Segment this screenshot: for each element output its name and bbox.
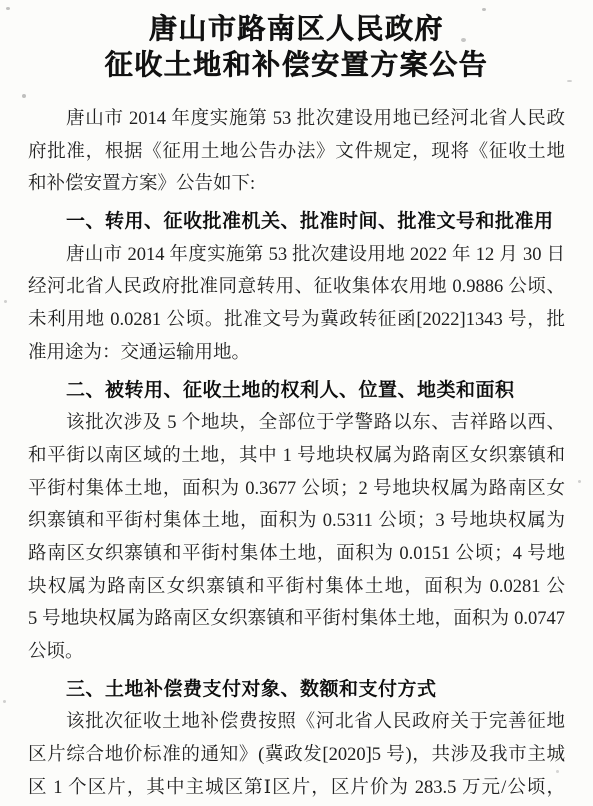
document-line: 唐山市 2014 年度实施第 53 批次建设用地 2022 年 12 月 30 …	[28, 239, 565, 272]
document-title-line-2: 征收土地和补偿安置方案公告	[28, 48, 565, 84]
document-line: 区片综合地价标准的通知》(冀政发[2020]5 号)，共涉及我市主城	[28, 739, 565, 772]
scan-speck	[578, 480, 581, 483]
document-line: 平街村集体土地，面积为 0.3677 公顷；2 号地块权属为路南区女	[28, 473, 565, 506]
scan-speck	[3, 700, 6, 703]
document-line: 区 1 个区片，其中主城区第Ⅰ区片，区片价为 283.5 万元/公顷，	[28, 772, 565, 805]
scanned-document-page: 唐山市路南区人民政府 征收土地和补偿安置方案公告 唐山市 2014 年度实施第 …	[0, 0, 593, 806]
scan-speck	[22, 94, 26, 98]
document-line: 织寨镇和平街村集体土地，面积为 0.5311 公顷；3 号地块权属为	[28, 505, 565, 538]
section-heading-3: 三、土地补偿费支付对象、数额和支付方式	[28, 674, 565, 707]
document-title: 唐山市路南区人民政府 征收土地和补偿安置方案公告	[28, 12, 565, 84]
scan-speck	[567, 80, 572, 82]
document-line: 和平街以南区域的土地，其中 1 号地块权属为路南区女织寨镇和	[28, 440, 565, 473]
document-line: 和补偿安置方案》公告如下:	[28, 168, 565, 201]
document-line: 经河北省人民政府批准同意转用、征收集体农用地 0.9886 公顷、	[28, 271, 565, 304]
document-line: 唐山市 2014 年度实施第 53 批次建设用地已经河北省人民政	[28, 103, 565, 136]
document-line: 该批次征收土地补偿费按照《河北省人民政府关于完善征地	[28, 706, 565, 739]
document-title-line-1: 唐山市路南区人民政府	[28, 12, 565, 48]
document-line: 未利用地 0.0281 公顷。批准文号为冀政转征函[2022]1343 号，批	[28, 304, 565, 337]
section-heading-1: 一、转用、征收批准机关、批准时间、批准文号和批准用途	[28, 206, 565, 239]
document-line: 5 号地块权属为路南区女织寨镇和平街村集体土地，面积为 0.0747	[28, 603, 565, 636]
scan-speck	[4, 300, 7, 303]
section-heading-2: 二、被转用、征收土地的权利人、位置、地类和面积	[28, 375, 565, 408]
scan-speck	[482, 8, 486, 11]
scan-speck	[6, 7, 10, 10]
document-line: 该批次涉及 5 个地块，全部位于学警路以东、吉祥路以西、	[28, 407, 565, 440]
document-line: 府批准，根据《征用土地公告办法》文件规定，现将《征收土地	[28, 136, 565, 169]
scan-speck	[556, 770, 559, 773]
document-body: 唐山市 2014 年度实施第 53 批次建设用地已经河北省人民政 府批准，根据《…	[28, 103, 565, 804]
document-line: 路南区女织寨镇和平街村集体土地，面积为 0.0151 公顷；4 号地	[28, 538, 565, 571]
scan-speck	[461, 38, 466, 42]
document-line: 块权属为路南区女织寨镇和平街村集体土地，面积为 0.0281 公顷；	[28, 571, 565, 604]
document-line: 准用途为：交通运输用地。	[28, 337, 565, 370]
document-line: 公顷。	[28, 636, 565, 669]
